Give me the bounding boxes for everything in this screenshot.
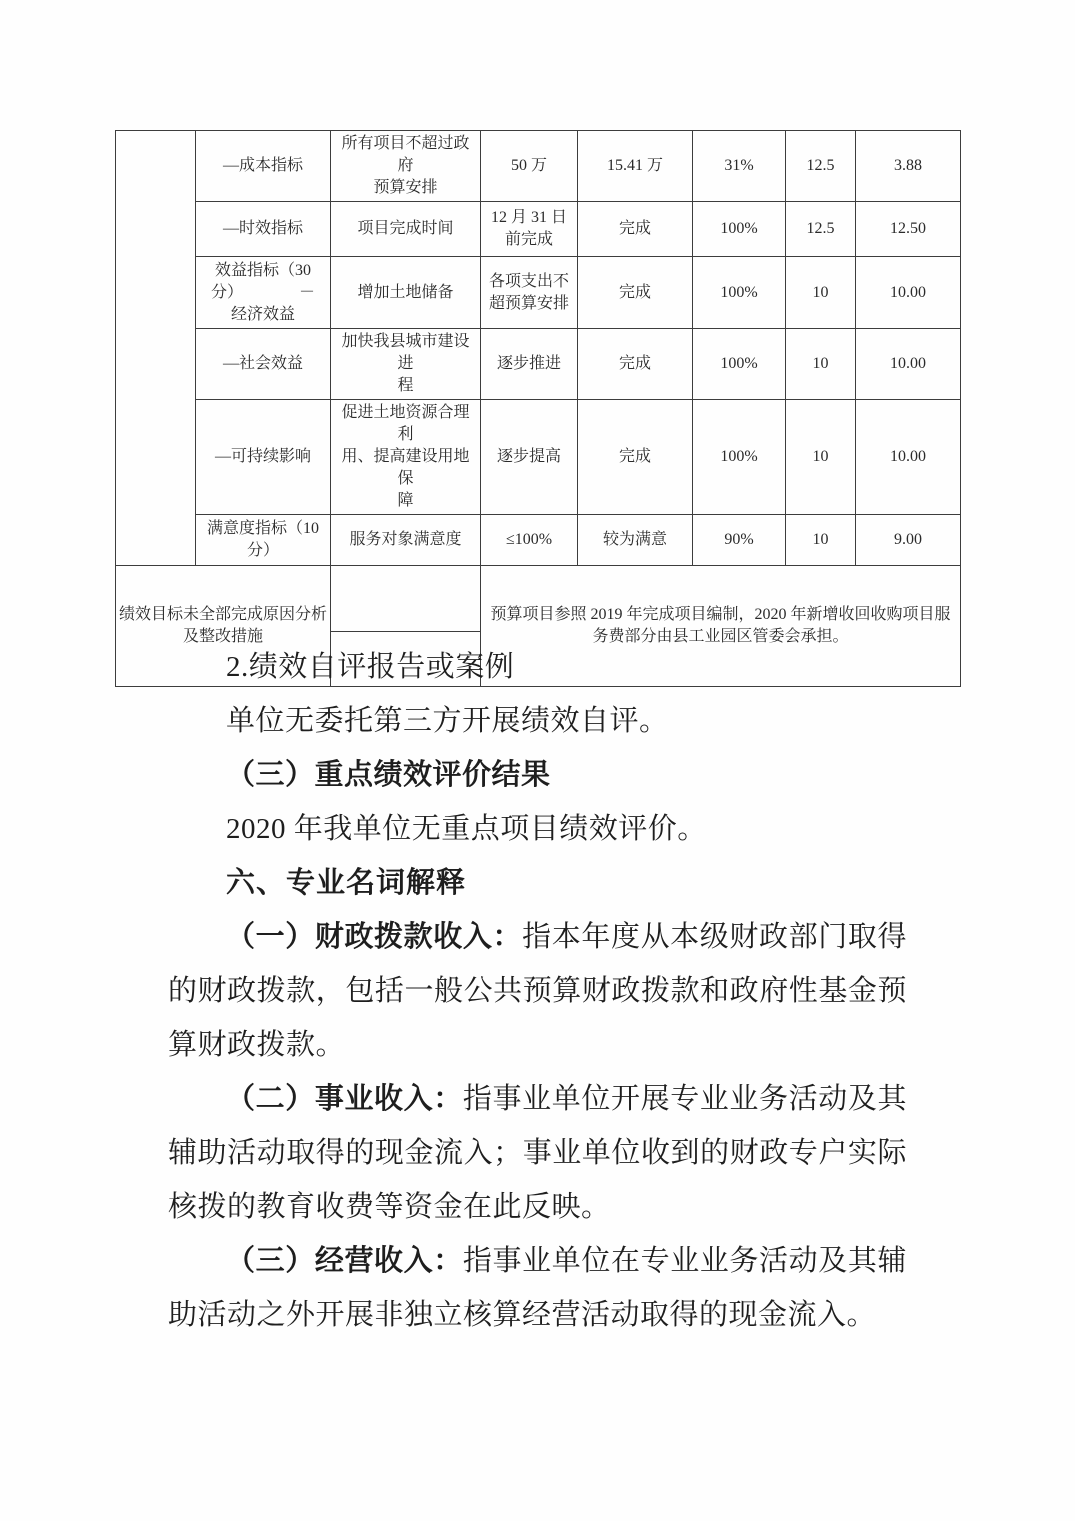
cell-score: 3.88 [856,131,961,202]
term-definition-operating-income: （三）经营收入：指事业单位在专业业务活动及其辅助活动之外开展非独立核算经营活动取… [168,1234,907,1342]
cell-completion-rate: 100% [693,202,786,257]
cell-indicator-name: —可持续影响 [196,400,331,515]
subsection-key-performance-results: （三）重点绩效评价结果 [168,748,907,802]
cell-actual-value: 完成 [578,400,693,515]
cell-indicator-name: —成本指标 [196,131,331,202]
cell-sub-indicator: 所有项目不超过政府 预算安排 [331,131,481,202]
cell-sub-indicator: 增加土地储备 [331,257,481,329]
cell-weight: 10 [786,515,856,566]
cell-indicator-name: 效益指标（30 分） － 经济效益 [196,257,331,329]
cell-score: 10.00 [856,400,961,515]
cell-weight: 12.5 [786,131,856,202]
cell-target-value: ≤100% [481,515,578,566]
paragraph-no-third-party: 单位无委托第三方开展绩效自评。 [168,694,907,748]
empty-cell [331,566,481,632]
cell-sub-indicator: 服务对象满意度 [331,515,481,566]
paragraph-no-key-project: 2020 年我单位无重点项目绩效评价。 [168,802,907,856]
table-row-benefit-economic: 效益指标（30 分） － 经济效益 增加土地储备 各项支出不 超预算安排 完成 … [116,257,961,329]
cell-score: 10.00 [856,329,961,400]
cell-completion-rate: 100% [693,400,786,515]
performance-indicator-table: —成本指标 所有项目不超过政府 预算安排 50 万 15.41 万 31% 12… [115,130,961,687]
cell-score: 9.00 [856,515,961,566]
term-lead: （三）经营收入： [226,1245,463,1277]
cell-weight: 10 [786,400,856,515]
cell-weight: 10 [786,257,856,329]
cell-completion-rate: 90% [693,515,786,566]
table-row-social-benefit: —社会效益 加快我县城市建设进 程 逐步推进 完成 100% 10 10.00 [116,329,961,400]
cell-actual-value: 完成 [578,329,693,400]
cell-score: 10.00 [856,257,961,329]
cell-actual-value: 完成 [578,257,693,329]
group-label-empty-cell [116,131,196,566]
term-definition-institutional-income: （二）事业收入：指事业单位开展专业业务活动及其辅助活动取得的现金流入；事业单位收… [168,1072,907,1234]
cell-target-value: 50 万 [481,131,578,202]
cell-sub-indicator: 项目完成时间 [331,202,481,257]
cell-indicator-name: —时效指标 [196,202,331,257]
cell-target-value: 逐步提高 [481,400,578,515]
cell-actual-value: 15.41 万 [578,131,693,202]
cell-actual-value: 完成 [578,202,693,257]
term-definition-fiscal-appropriation: （一）财政拨款收入：指本年度从本级财政部门取得的财政拨款，包括一般公共预算财政拨… [168,910,907,1072]
term-lead: （二）事业收入： [226,1083,463,1115]
cell-indicator-name: 满意度指标（10 分） [196,515,331,566]
cell-completion-rate: 100% [693,257,786,329]
paragraph-self-eval-report: 2.绩效自评报告或案例 [168,640,907,694]
cell-indicator-name: —社会效益 [196,329,331,400]
cell-actual-value: 较为满意 [578,515,693,566]
table-row-cost-indicator: —成本指标 所有项目不超过政府 预算安排 50 万 15.41 万 31% 12… [116,131,961,202]
table-row-sustainable-impact: —可持续影响 促进土地资源合理利 用、提高建设用地保 障 逐步提高 完成 100… [116,400,961,515]
cell-sub-indicator: 促进土地资源合理利 用、提高建设用地保 障 [331,400,481,515]
cell-target-value: 逐步推进 [481,329,578,400]
cell-score: 12.50 [856,202,961,257]
table-row-uncompleted-reason: 绩效目标未全部完成原因分析 及整改措施 预算项目参照 2019 年完成项目编制，… [116,566,961,632]
cell-target-value: 12 月 31 日 前完成 [481,202,578,257]
cell-target-value: 各项支出不 超预算安排 [481,257,578,329]
cell-weight: 12.5 [786,202,856,257]
term-lead: （一）财政拨款收入： [226,921,522,953]
cell-completion-rate: 31% [693,131,786,202]
table-row-time-indicator: —时效指标 项目完成时间 12 月 31 日 前完成 完成 100% 12.5 … [116,202,961,257]
cell-sub-indicator: 加快我县城市建设进 程 [331,329,481,400]
section-heading-terms: 六、专业名词解释 [168,856,907,910]
table-row-satisfaction-indicator: 满意度指标（10 分） 服务对象满意度 ≤100% 较为满意 90% 10 9.… [116,515,961,566]
document-page: —成本指标 所有项目不超过政府 预算安排 50 万 15.41 万 31% 12… [0,0,1075,1521]
body-text: 2.绩效自评报告或案例 单位无委托第三方开展绩效自评。 （三）重点绩效评价结果 … [168,640,907,1342]
cell-weight: 10 [786,329,856,400]
cell-completion-rate: 100% [693,329,786,400]
